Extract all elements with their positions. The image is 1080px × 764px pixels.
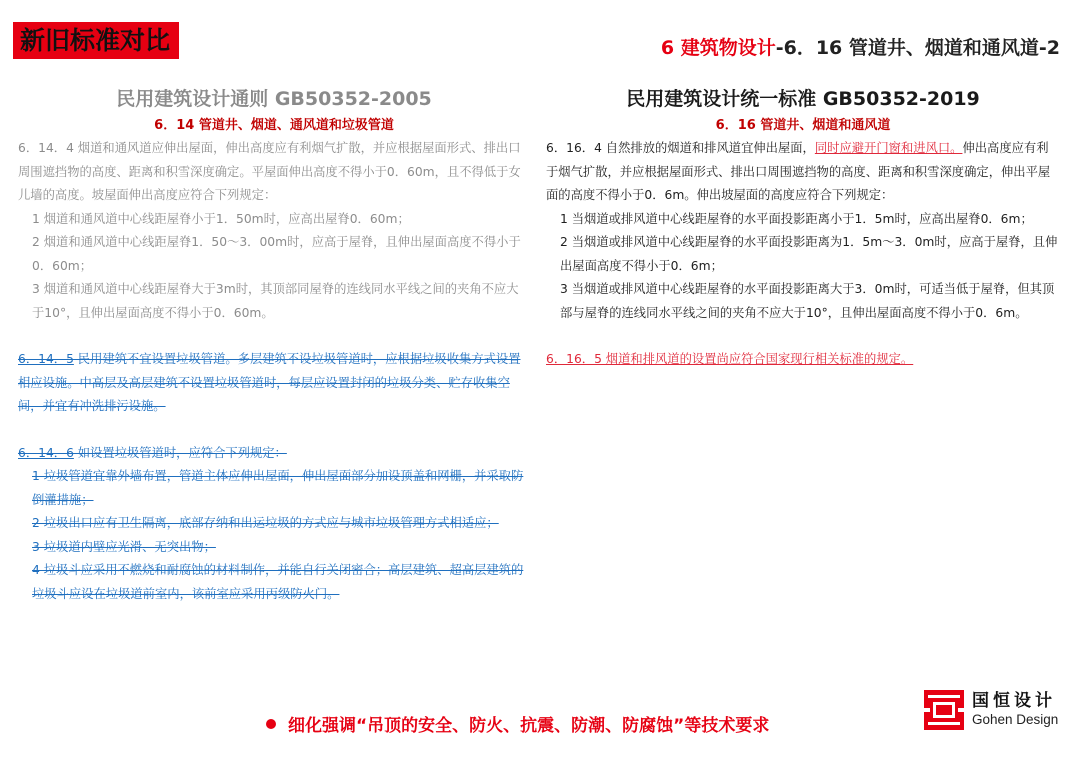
clause-number: 6．14．5	[18, 352, 74, 366]
footer-note: 细化强调“吊顶的安全、防火、抗震、防潮、防腐蚀”等技术要求	[266, 711, 769, 736]
clause-6-16-4-item: 2 当烟道或排风道中心线距屋脊的水平面投影距离为1．5m～3．0m时，应高于屋脊…	[546, 231, 1060, 278]
clause-6-14-4-item: 1 烟道和通风道中心线距屋脊小于1．50m时，应高出屋脊0．60m；	[18, 208, 530, 232]
gohen-logo-icon	[924, 690, 964, 730]
new-standard-title: 民用建筑设计统一标准 GB50352-2019	[546, 84, 1060, 114]
new-standard-column: 民用建筑设计统一标准 GB50352-2019 6．16 管道井、烟道和通风道 …	[546, 80, 1060, 372]
clause-6-14-6-item: 4 垃圾斗应采用不燃烧和耐腐蚀的材料制作，并能自行关闭密合；高层建筑、超高层建筑…	[18, 559, 530, 606]
clause-6-14-6-item: 1 垃圾管道宜靠外墙布置，管道主体应伸出屋面，伸出屋面部分加设顶盖和网栅，并采取…	[18, 465, 530, 512]
clause-6-14-6-item: 3 垃圾道内壁应光滑、无突出物；	[18, 536, 530, 560]
clause-6-16-5-added: 6．16．5 烟道和排风道的设置尚应符合国家现行相关标准的规定。	[546, 352, 913, 366]
added-text: 同时应避开门窗和进风口。	[815, 141, 963, 155]
clause-6-14-4-item: 3 烟道和通风道中心线距屋脊大于3m时，其顶部同屋脊的连线同水平线之间的夹角不应…	[18, 278, 530, 325]
new-chapter-heading: 6．16 管道井、烟道和通风道	[546, 115, 1060, 137]
clause-number: 6．14．6	[18, 446, 74, 460]
clause-text: 民用建筑不宜设置垃圾管道。多层建筑不设垃圾管道时，应根据垃圾收集方式设置相应设施…	[18, 352, 521, 413]
clause-6-14-5-deleted: 6．14．5 民用建筑不宜设置垃圾管道。多层建筑不设垃圾管道时，应根据垃圾收集方…	[18, 348, 530, 419]
bullet-icon	[266, 719, 276, 729]
section-heading-topic: -6．16 管道井、烟道和通风道-2	[776, 37, 1060, 59]
clause-6-16-4: 6．16．4 自然排放的烟道和排风道宜伸出屋面，同时应避开门窗和进风口。伸出高度…	[546, 137, 1060, 208]
old-standard-title: 民用建筑设计通则 GB50352-2005	[18, 84, 530, 114]
clause-6-14-4-item: 2 烟道和通风道中心线距屋脊1．50～3．00m时，应高于屋脊，且伸出屋面高度不…	[18, 231, 530, 278]
company-logo: 国恒设计 Gohen Design	[924, 690, 1058, 730]
clause-6-14-6-deleted: 6．14．6 如设置垃圾管道时，应符合下列规定：	[18, 442, 530, 466]
clause-6-16-4-item: 3 当烟道或排风道中心线距屋脊的水平面投影距离大于3．0m时，可适当低于屋脊，但…	[546, 278, 1060, 325]
clause-6-14-6-item: 2 垃圾出口应有卫生隔离，底部存纳和出运垃圾的方式应与城市垃圾管理方式相适应；	[18, 512, 530, 536]
old-standard-column: 民用建筑设计通则 GB50352-2005 6．14 管道井、烟道、通风道和垃圾…	[18, 80, 530, 606]
clause-6-16-4-item: 1 当烟道或排风道中心线距屋脊的水平面投影距离小于1．5m时，应高出屋脊0．6m…	[546, 208, 1060, 232]
clause-6-14-4: 6．14．4 烟道和通风道应伸出屋面，伸出高度应有利烟气扩散，并应根据屋面形式、…	[18, 137, 530, 208]
page-badge: 新旧标准对比	[13, 22, 179, 59]
section-heading: 6 建筑物设计-6．16 管道井、烟道和通风道-2	[661, 33, 1060, 60]
old-chapter-heading: 6．14 管道井、烟道、通风道和垃圾管道	[18, 115, 530, 137]
footer-note-text: 细化强调“吊顶的安全、防火、抗震、防潮、防腐蚀”等技术要求	[288, 711, 769, 736]
logo-english-name: Gohen Design	[972, 711, 1058, 729]
clause-text: 如设置垃圾管道时，应符合下列规定：	[74, 446, 287, 460]
logo-chinese-name: 国恒设计	[972, 691, 1058, 711]
clause-text: 6．16．4 自然排放的烟道和排风道宜伸出屋面，	[546, 141, 815, 155]
section-heading-chapter: 6 建筑物设计	[661, 37, 776, 59]
